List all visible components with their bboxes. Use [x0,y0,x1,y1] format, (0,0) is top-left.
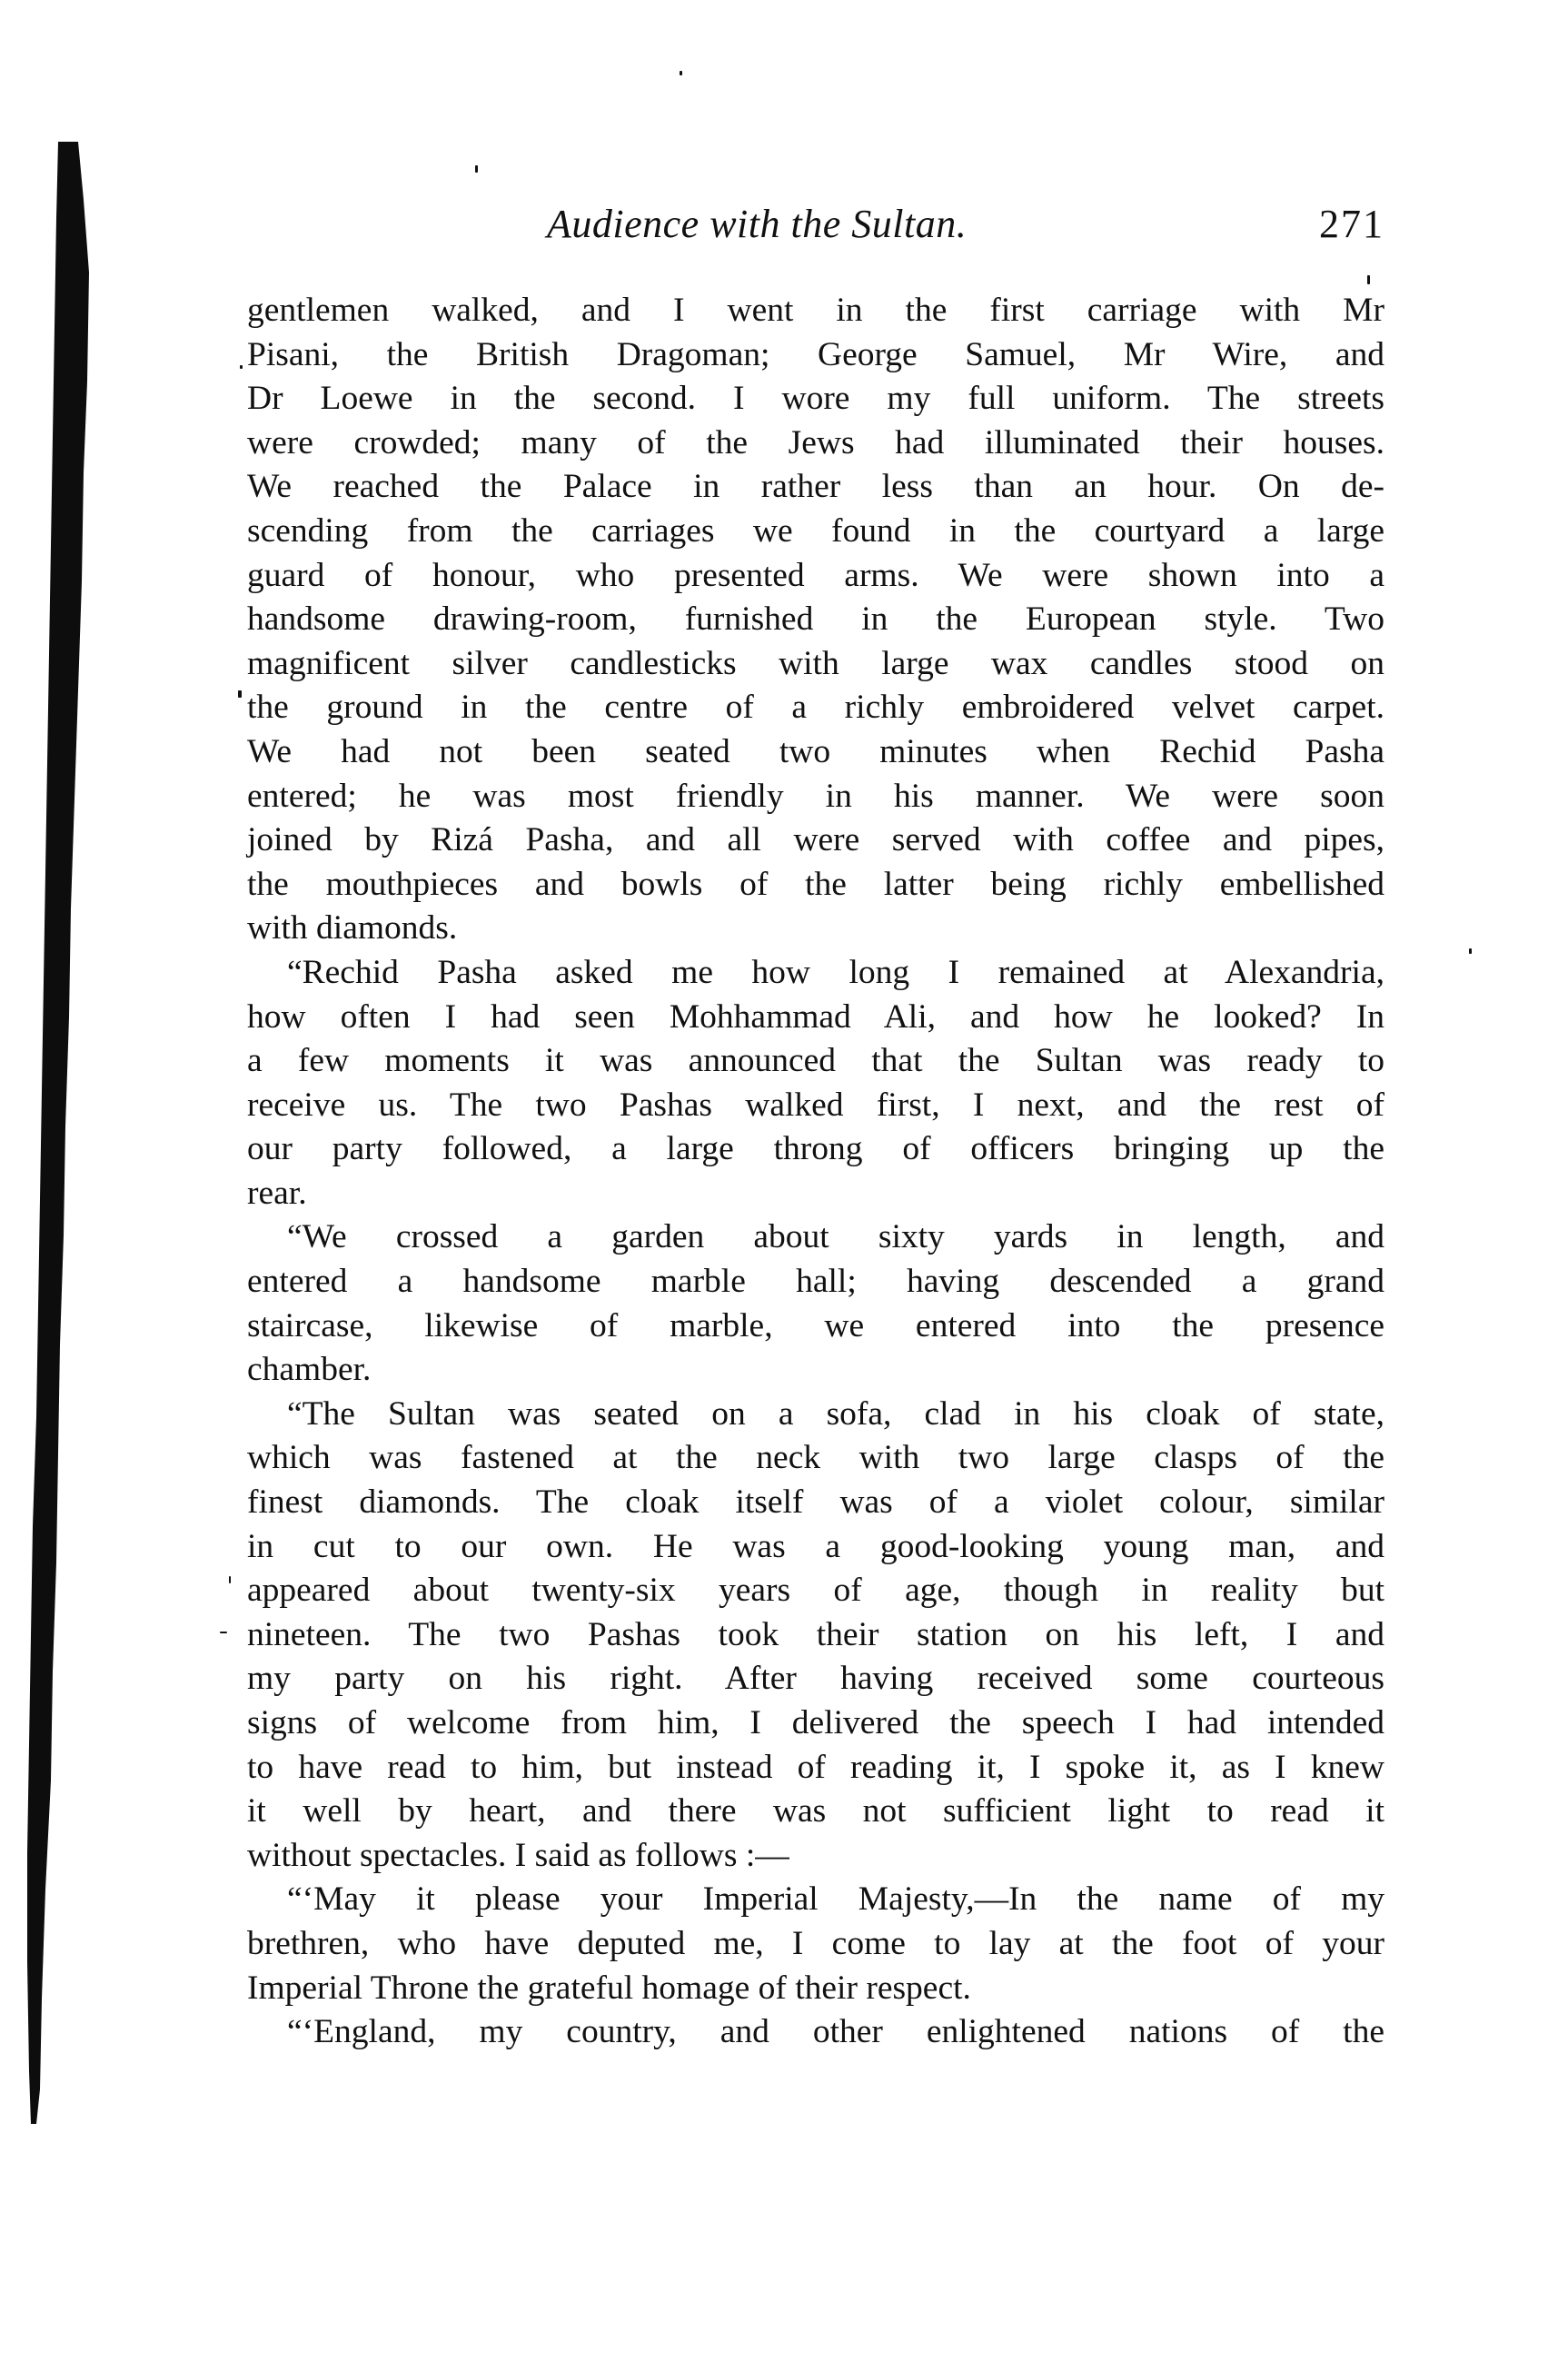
text-line: entered; he was most friendly in his man… [247,775,1384,819]
binding-shadow [0,0,109,2371]
text-line: signs of welcome from him, I delivered t… [247,1701,1384,1746]
text-line: our party followed, a large throng of of… [247,1127,1384,1172]
text-line: it well by heart, and there was not suff… [247,1790,1384,1834]
text-line: to have read to him, but instead of read… [247,1746,1384,1791]
scan-speck [229,1576,231,1583]
text-line: “Rechid Pasha asked me how long I remain… [247,951,1384,996]
text-line: entered a handsome marble hall; having d… [247,1260,1384,1305]
text-line: Pisani, the British Dragoman; George Sam… [247,333,1384,378]
scan-speck [1469,948,1472,954]
text-line: a few moments it was announced that the … [247,1039,1384,1084]
scan-speck [220,1632,227,1633]
text-line: chamber. [247,1348,1384,1393]
text-line: “We crossed a garden about sixty yards i… [247,1215,1384,1260]
text-line: brethren, who have deputed me, I come to… [247,1922,1384,1967]
text-line: receive us. The two Pashas walked first,… [247,1084,1384,1128]
text-line: Imperial Throne the grateful homage of t… [247,1967,1384,2011]
scan-speck [240,365,243,369]
text-line: staircase, likewise of marble, we entere… [247,1305,1384,1349]
text-line: scending from the carriages we found in … [247,510,1384,554]
text-line: gentlemen walked, and I went in the firs… [247,289,1384,333]
text-line: handsome drawing-room, furnished in the … [247,598,1384,642]
text-line: which was fastened at the neck with two … [247,1436,1384,1481]
text-line: appeared about twenty-six years of age, … [247,1569,1384,1613]
text-line: We had not been seated two minutes when … [247,730,1384,775]
text-line: We reached the Palace in rather less tha… [247,465,1384,510]
scan-speck [1367,275,1370,284]
text-line: my party on his right. After having rece… [247,1657,1384,1701]
text-line: were crowded; many of the Jews had illum… [247,422,1384,466]
text-line: nineteen. The two Pashas took their stat… [247,1613,1384,1658]
text-line: rear. [247,1172,1384,1216]
text-line: finest diamonds. The cloak itself was of… [247,1481,1384,1525]
text-line: joined by Rizá Pasha, and all were serve… [247,818,1384,863]
text-line: “‘England, my country, and other enlight… [247,2010,1384,2055]
running-head: Audience with the Sultan. 271 [247,193,1384,256]
text-line: magnificent silver candlesticks with lar… [247,642,1384,687]
text-line: the ground in the centre of a richly emb… [247,686,1384,730]
text-line: “‘May it please your Imperial Majesty,—I… [247,1878,1384,1922]
text-line: how often I had seen Mohhammad Ali, and … [247,996,1384,1040]
text-line: guard of honour, who presented arms. We … [247,554,1384,599]
scan-speck [238,690,242,698]
body-text: gentlemen walked, and I went in the firs… [247,289,1384,2055]
text-line: with diamonds. [247,907,1384,951]
running-title: Audience with the Sultan. [547,193,967,256]
text-line: “The Sultan was seated on a sofa, clad i… [247,1393,1384,1437]
text-line: in cut to our own. He was a good-looking… [247,1525,1384,1570]
scan-speck [475,165,478,173]
text-line: without spectacles. I said as follows :— [247,1834,1384,1879]
scan-speck [680,71,682,75]
page-number: 271 [1319,193,1384,256]
text-line: Dr Loewe in the second. I wore my full u… [247,377,1384,422]
text-line: the mouthpieces and bowls of the latter … [247,863,1384,908]
